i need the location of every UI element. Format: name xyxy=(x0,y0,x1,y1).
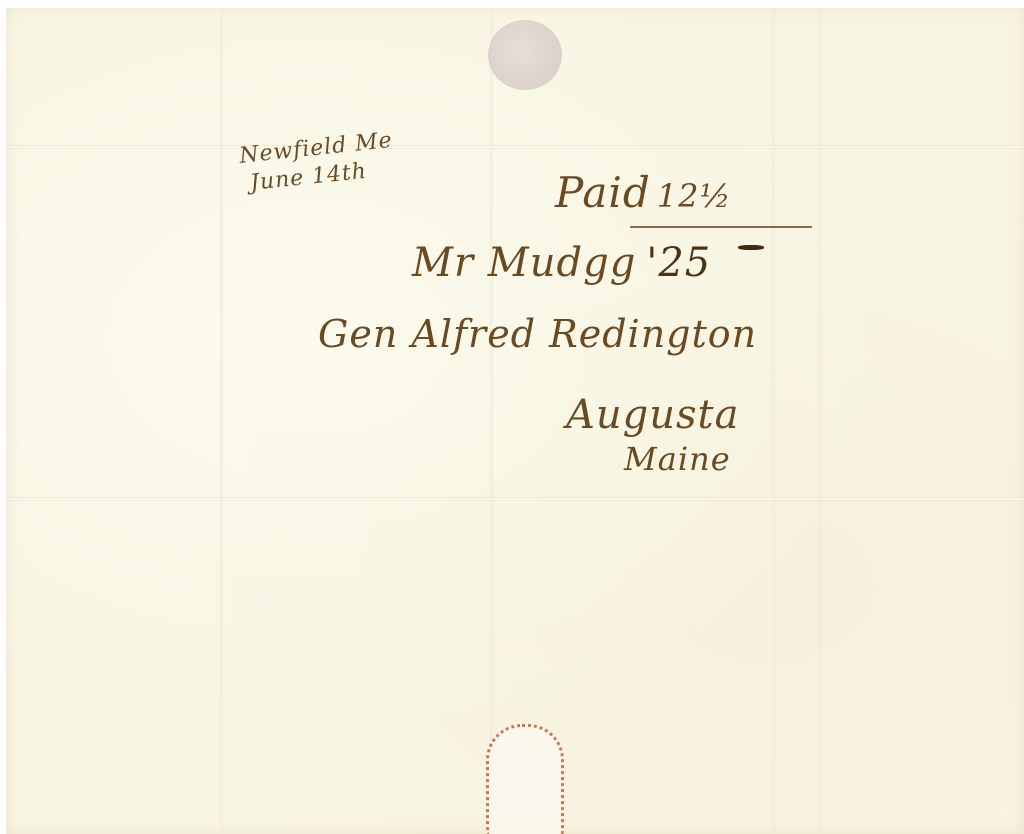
fold-line-vertical xyxy=(220,8,223,834)
fold-line-vertical xyxy=(490,8,493,834)
ink-blot xyxy=(738,245,764,250)
fold-line-horizontal xyxy=(6,145,1024,149)
paid-underline xyxy=(630,226,812,228)
fold-line-vertical xyxy=(818,8,821,834)
address-state: Maine xyxy=(624,440,731,478)
fold-line-horizontal xyxy=(6,497,1024,501)
paid-label: Paid xyxy=(555,168,651,217)
wax-seal-bottom xyxy=(486,724,564,834)
rate-marking: Mr Mudgg'25 xyxy=(412,240,711,286)
fold-line-vertical xyxy=(772,8,775,834)
rate-text: Mr Mudgg xyxy=(412,240,636,286)
addressee-name: Gen Alfred Redington xyxy=(318,312,757,356)
postage-amount: 12½ xyxy=(657,177,732,215)
letter-sheet xyxy=(6,8,1024,834)
paid-marking: Paid12½ xyxy=(555,168,731,217)
wax-seal-top xyxy=(488,20,562,90)
address-city: Augusta xyxy=(566,392,739,438)
rate-number: '25 xyxy=(646,240,711,286)
